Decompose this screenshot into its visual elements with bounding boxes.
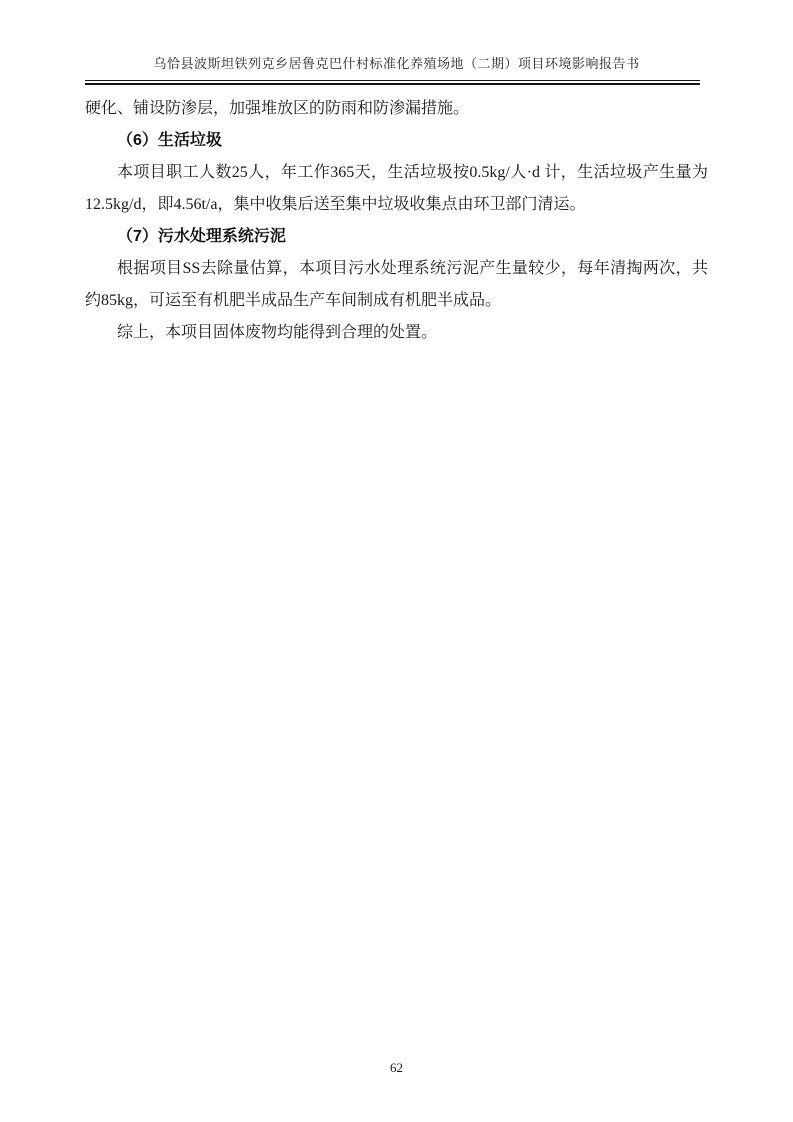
document-body: 硬化、铺设防渗层，加强堆放区的防雨和防渗漏措施。 （6）生活垃圾 本项目职工人数… <box>85 93 708 349</box>
paragraph-sewage-sludge: 根据项目SS去除量估算，本项目污水处理系统污泥产生量较少，每年清掏两次，共约85… <box>85 253 708 317</box>
running-header-title: 乌恰县波斯坦铁列克乡居鲁克巴什村标准化养殖场地（二期）项目环境影响报告书 <box>85 53 708 72</box>
header-double-rule <box>85 80 700 85</box>
paragraph-continuation: 硬化、铺设防渗层，加强堆放区的防雨和防渗漏措施。 <box>85 93 708 125</box>
page-number: 62 <box>0 1060 793 1076</box>
document-page: 乌恰县波斯坦铁列克乡居鲁克巴什村标准化养殖场地（二期）项目环境影响报告书 硬化、… <box>0 0 793 1122</box>
section-heading-7-sewage-sludge: （7）污水处理系统污泥 <box>85 221 708 253</box>
paragraph-conclusion: 综上，本项目固体废物均能得到合理的处置。 <box>85 317 708 349</box>
paragraph-domestic-garbage: 本项目职工人数25人，年工作365天，生活垃圾按0.5kg/人·d 计，生活垃圾… <box>85 157 708 221</box>
section-heading-6-domestic-garbage: （6）生活垃圾 <box>85 125 708 157</box>
